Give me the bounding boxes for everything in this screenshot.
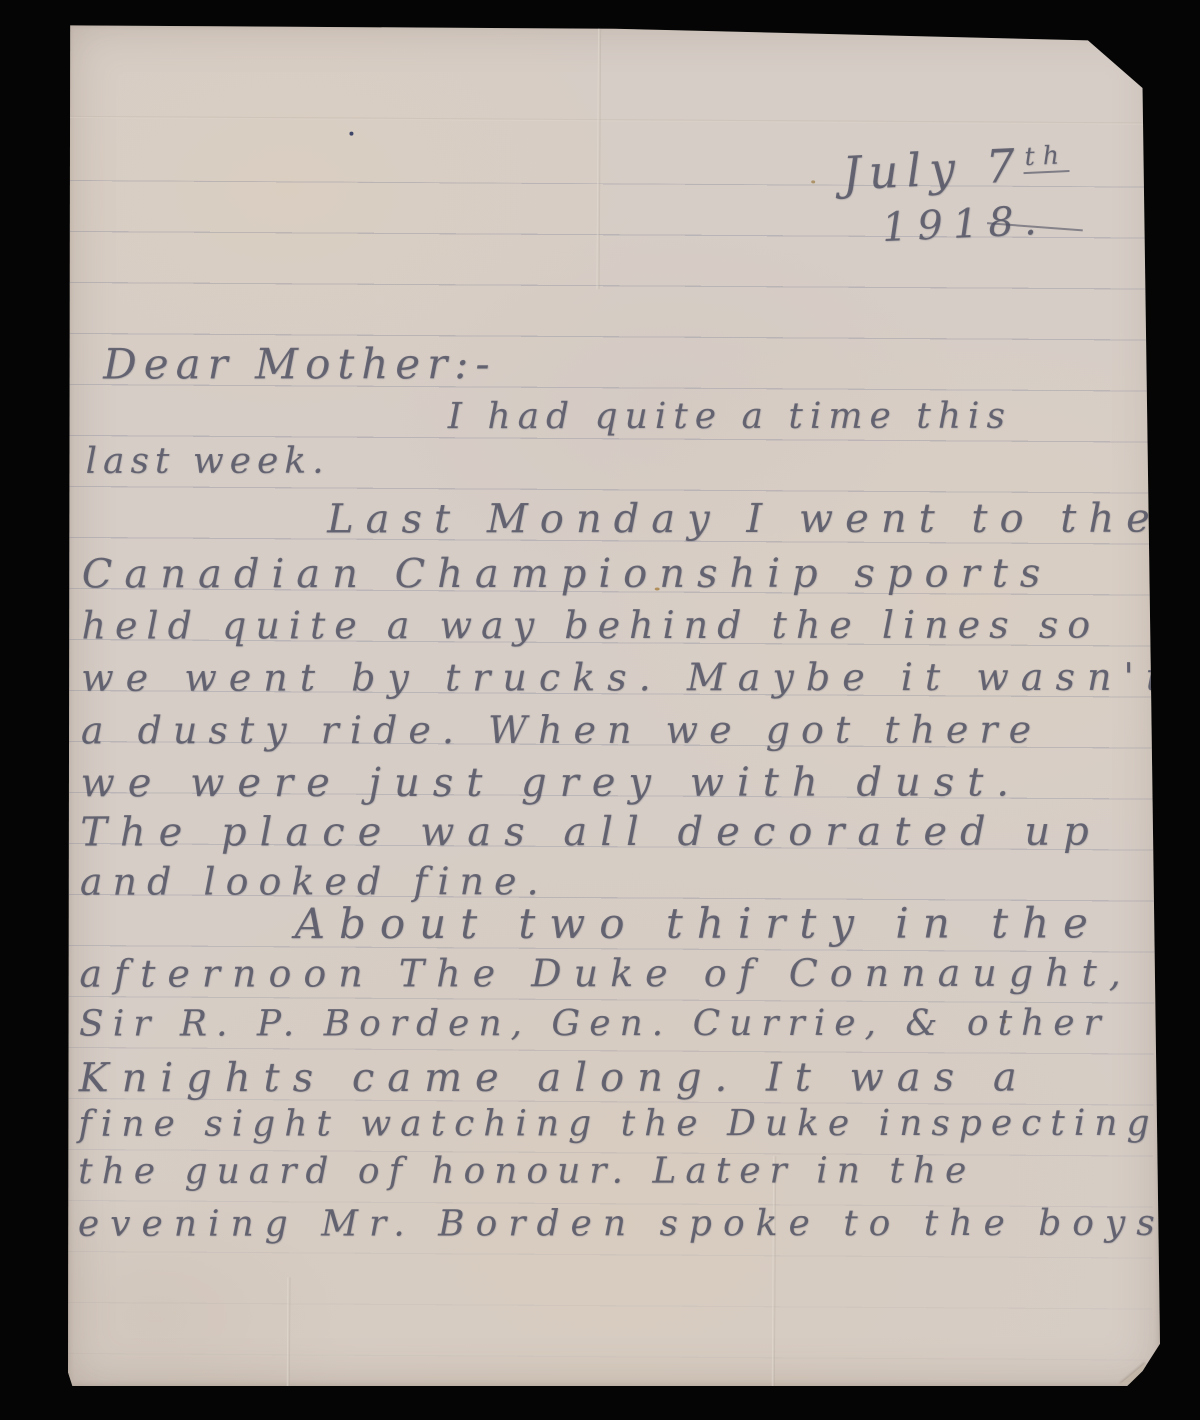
salutation: Dear Mother:- <box>103 339 497 388</box>
date-day: July 7th <box>841 136 1070 200</box>
letter-paper: July 7th 1918. Dear Mother:- I had quite… <box>68 24 1160 1386</box>
date-year: 1918. <box>881 198 1047 252</box>
letter-line: afternoon The Duke of Connaught, <box>79 951 1133 996</box>
vertical-crease-bottom-left <box>287 1277 291 1387</box>
letter-line: I had quite a time this <box>448 396 1012 437</box>
date-ordinal: th <box>1022 140 1070 174</box>
paper-speck <box>349 132 353 136</box>
letter-line: last week. <box>85 441 329 482</box>
letter-line: evening Mr. Borden spoke to the boys <box>78 1203 1166 1245</box>
letter-line: a dusty ride. When we got there <box>81 707 1042 752</box>
letter-line: Last Monday I went to the <box>327 496 1162 543</box>
letter-line: we went by trucks. Maybe it wasn't <box>81 655 1173 700</box>
letter-line: Sir R. P. Borden, Gen. Currie, & other <box>79 1003 1110 1045</box>
letter-line: we were just grey with dust. <box>80 759 1022 806</box>
paper-speck <box>811 180 815 183</box>
letter-line: held quite a way behind the lines so <box>81 603 1099 648</box>
horizontal-crease <box>68 116 1160 125</box>
letter-line: Canadian Championship sports <box>82 551 1053 598</box>
letter-line: and looked fine. <box>80 859 549 903</box>
letter-line: The place was all decorated up <box>80 809 1102 856</box>
letter-line: the guard of honour. Later in the <box>78 1150 975 1192</box>
paper-surface: July 7th 1918. Dear Mother:- I had quite… <box>60 24 1160 1393</box>
photo-background: July 7th 1918. Dear Mother:- I had quite… <box>0 0 1200 1420</box>
letter-line: About two thirty in the <box>295 898 1102 948</box>
date-day-text: July 7 <box>841 138 1024 200</box>
letter-line: fine sight watching the Duke inspecting <box>78 1103 1158 1145</box>
corner-fold <box>1120 1362 1146 1384</box>
letter-line: Knights came along. It was a <box>79 1054 1030 1101</box>
